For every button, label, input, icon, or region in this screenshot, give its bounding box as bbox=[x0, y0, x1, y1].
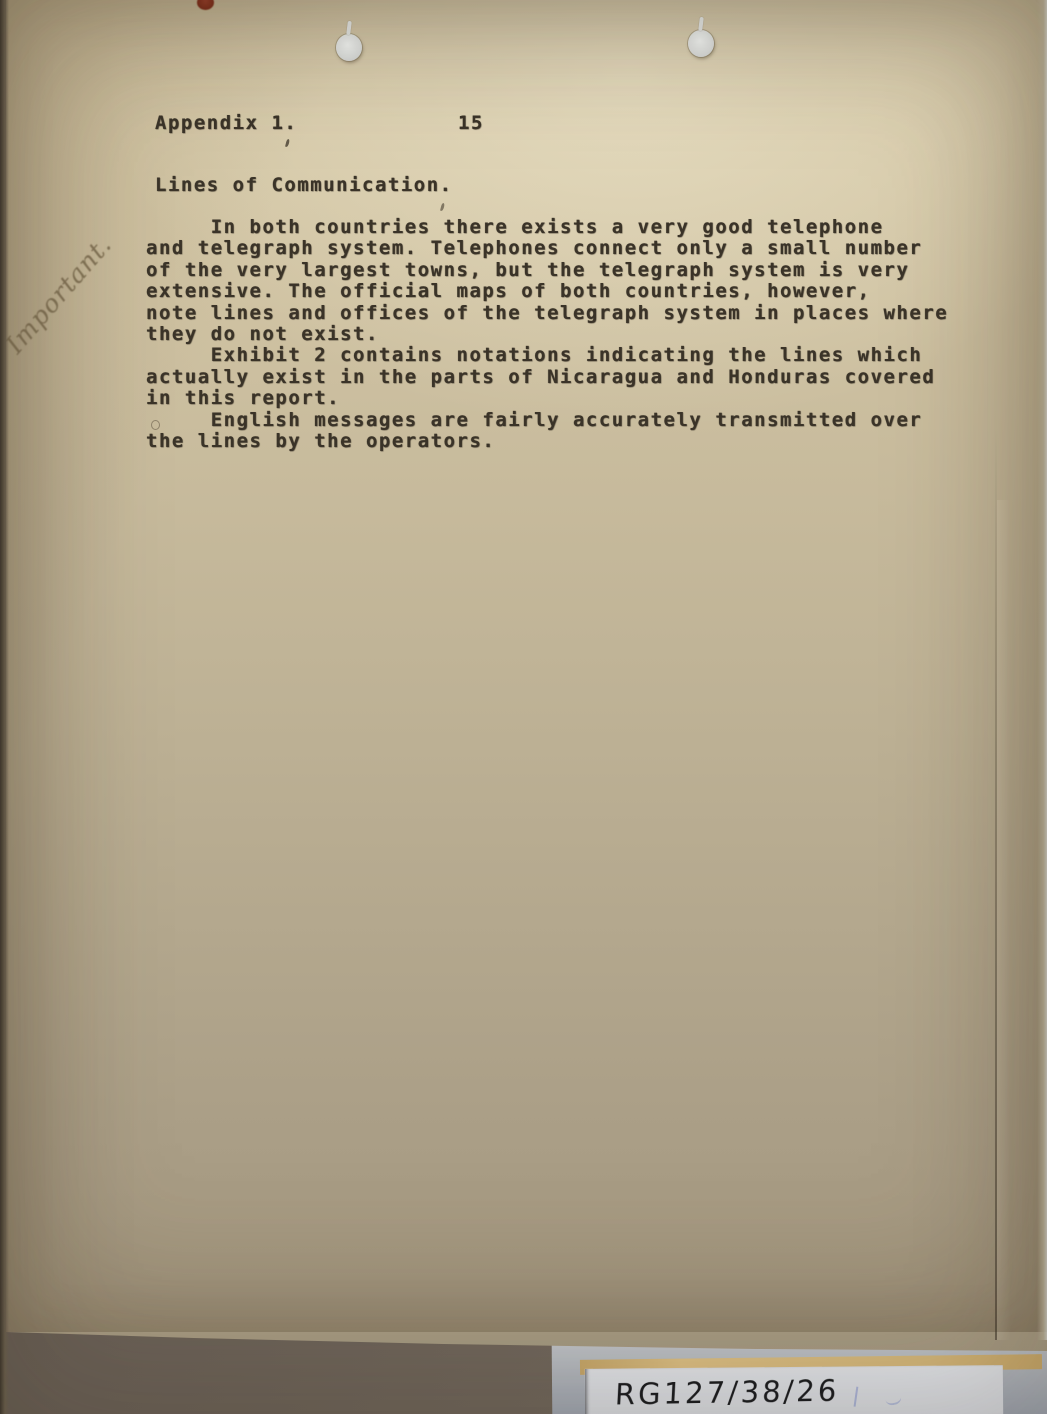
body-line: extensive. The official maps of both cou… bbox=[146, 281, 948, 302]
body-line: of the very largest towns, but the teleg… bbox=[146, 260, 948, 281]
scanned-document-photo: RG127/38/26 Appendix 1. 15 Lines of Comm… bbox=[0, 0, 1047, 1414]
appendix-label: Appendix 1. bbox=[155, 112, 297, 134]
typed-page bbox=[6, 0, 1047, 1356]
body-text: In both countries there exists a very go… bbox=[146, 217, 948, 452]
body-line: In both countries there exists a very go… bbox=[146, 217, 948, 238]
document-heading: Lines of Communication. bbox=[155, 174, 453, 196]
body-line: the lines by the operators. bbox=[146, 431, 948, 452]
archive-reference-label: RG127/38/26 bbox=[614, 1374, 840, 1412]
crease-highlight bbox=[997, 500, 1011, 1340]
body-line: actually exist in the parts of Nicaragua… bbox=[146, 367, 948, 388]
body-line: Exhibit 2 contains notations indicating … bbox=[146, 345, 948, 366]
stray-ink-mark bbox=[151, 420, 160, 430]
page-number: 15 bbox=[458, 112, 484, 134]
body-line: note lines and offices of the telegraph … bbox=[146, 303, 948, 324]
archive-reference-sticker: RG127/38/26 bbox=[585, 1365, 1003, 1414]
body-line: and telegraph system. Telephones connect… bbox=[146, 238, 948, 259]
punch-hole bbox=[688, 30, 714, 57]
body-line: they do not exist. bbox=[146, 324, 948, 345]
body-line: in this report. bbox=[146, 388, 948, 409]
body-line: English messages are fairly accurately t… bbox=[146, 410, 948, 431]
punch-hole bbox=[336, 34, 362, 61]
page-right-edge bbox=[1037, 0, 1047, 1340]
page-left-edge-shadow bbox=[0, 0, 9, 1414]
